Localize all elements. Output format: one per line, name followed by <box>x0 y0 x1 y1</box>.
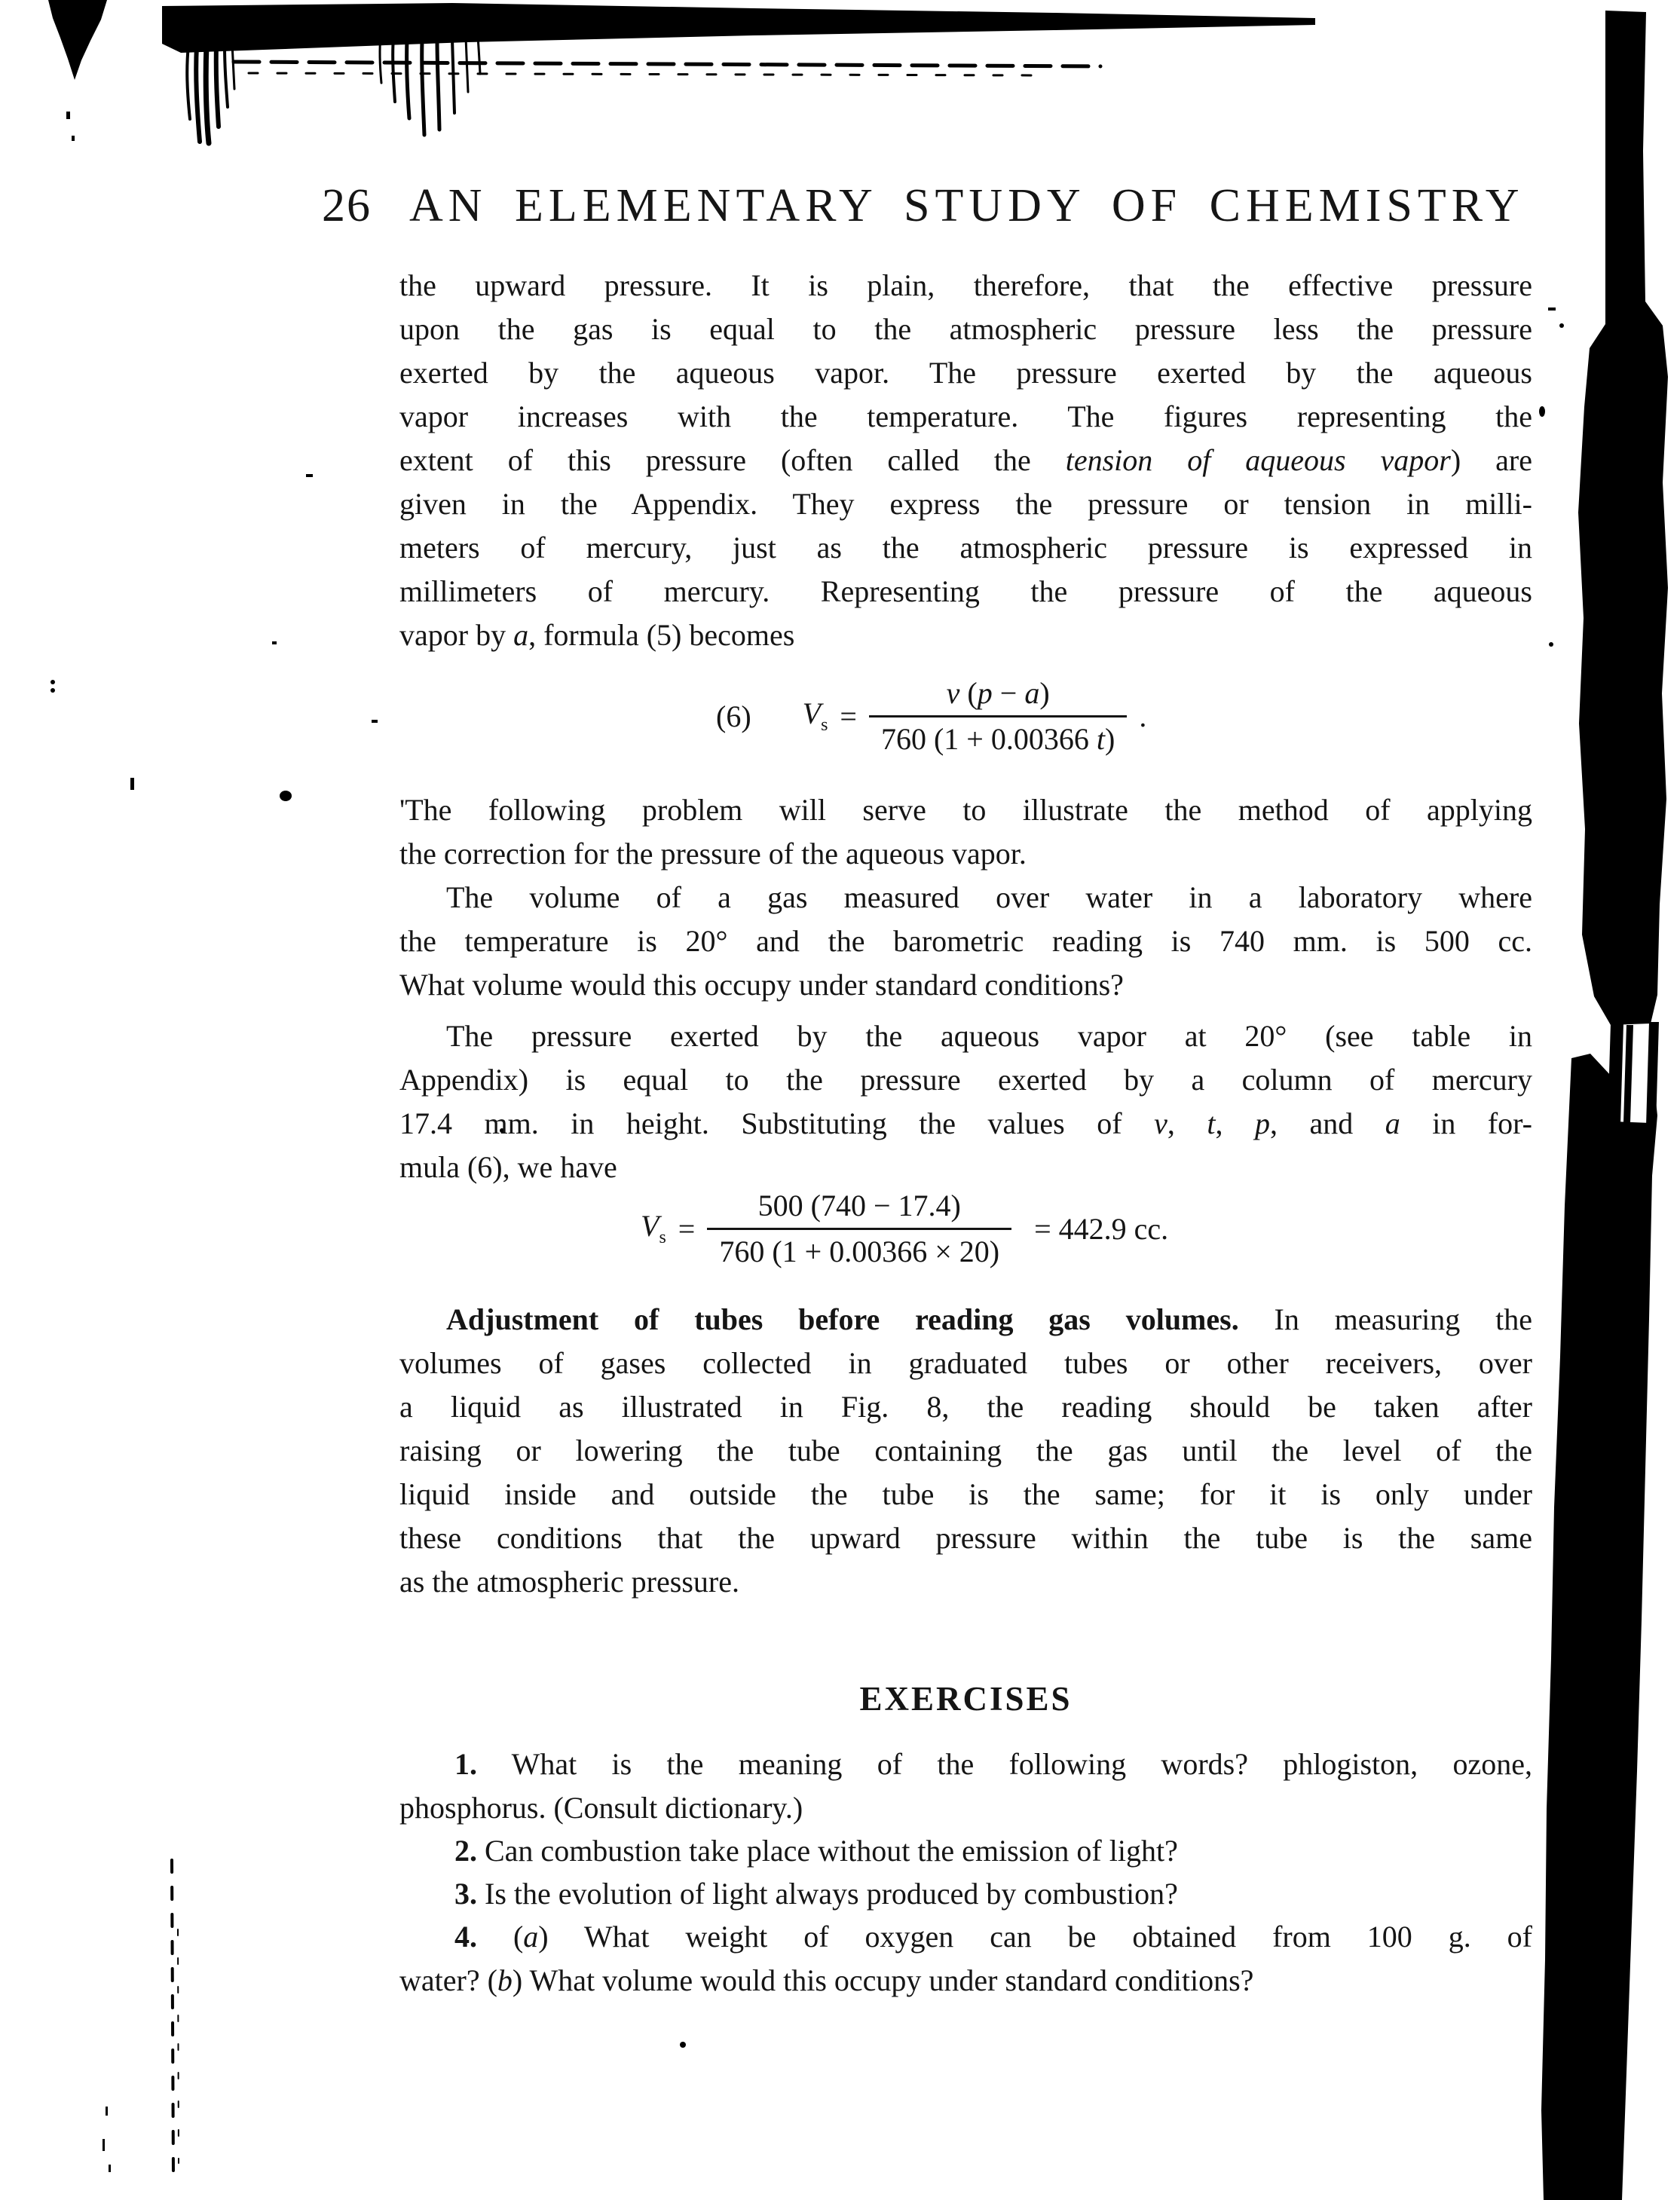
text-line: vapor increases with the temperature. Th… <box>399 395 1532 439</box>
text-line: 'The following problem will serve to ill… <box>399 788 1532 832</box>
page-title: AN ELEMENTARY STUDY OF CHEMISTRY <box>409 179 1525 233</box>
text-line: extent of this pressure (often called th… <box>399 439 1532 482</box>
text-line: Adjustment of tubes before reading gas v… <box>399 1298 1532 1342</box>
text-line: 2. Can combustion take place without the… <box>399 1829 1532 1873</box>
text-line: What volume would this occupy under stan… <box>399 963 1532 1007</box>
formula-lhs: Vs <box>641 1210 666 1247</box>
equals-sign: = <box>678 1213 696 1246</box>
text-line: upon the gas is equal to the atmospheric… <box>399 308 1532 351</box>
text-line: the upward pressure. It is plain, theref… <box>399 264 1532 308</box>
text-line: meters of mercury, just as the atmospher… <box>399 526 1532 570</box>
page-content: 26 AN ELEMENTARY STUDY OF CHEMISTRY the … <box>0 0 1680 2200</box>
formula-period: . <box>1139 700 1146 733</box>
text-line: these conditions that the upward pressur… <box>399 1516 1532 1560</box>
text-line: mula (6), we have <box>399 1146 1532 1189</box>
running-header: 26 AN ELEMENTARY STUDY OF CHEMISTRY <box>322 179 1525 233</box>
text-line: vapor by a, formula (5) becomes <box>399 613 1532 657</box>
text-line: 3. Is the evolution of light always prod… <box>399 1872 1532 1916</box>
formula-6: (6) Vs = v (p − a) 760 (1 + 0.00366 t) . <box>716 677 1146 756</box>
fraction: v (p − a) 760 (1 + 0.00366 t) <box>869 677 1127 756</box>
text-line: volumes of gases collected in graduated … <box>399 1342 1532 1385</box>
exercise-1: 1. What is the meaning of the following … <box>399 1743 1532 1830</box>
exercise-4: 4. (a) What weight of oxygen can be obta… <box>399 1915 1532 2003</box>
equals-sign: = <box>840 700 857 733</box>
paragraph-1: the upward pressure. It is plain, theref… <box>399 264 1532 657</box>
text-line: Appendix) is equal to the pressure exert… <box>399 1058 1532 1102</box>
numerator: v (p − a) <box>935 677 1062 715</box>
formula-worked: Vs = 500 (740 − 17.4) 760 (1 + 0.00366 ×… <box>641 1189 1168 1268</box>
fraction: 500 (740 − 17.4) 760 (1 + 0.00366 × 20) <box>707 1189 1011 1268</box>
exercise-3: 3. Is the evolution of light always prod… <box>399 1872 1532 1916</box>
formula-number: (6) <box>716 700 751 733</box>
denominator: 760 (1 + 0.00366 t) <box>869 715 1127 756</box>
text-line: raising or lowering the tube containing … <box>399 1429 1532 1473</box>
text-line: given in the Appendix. They express the … <box>399 482 1532 526</box>
paragraph-3: The volume of a gas measured over water … <box>399 876 1532 1007</box>
formula-result: = 442.9 cc. <box>1034 1213 1168 1246</box>
page-number: 26 <box>322 179 372 233</box>
text-line: 17.4 mm. in height. Substituting the val… <box>399 1102 1532 1146</box>
exercise-2: 2. Can combustion take place without the… <box>399 1829 1532 1873</box>
text-line: 4. (a) What weight of oxygen can be obta… <box>399 1915 1532 1959</box>
paragraph-4: The pressure exerted by the aqueous vapo… <box>399 1014 1532 1189</box>
text-line: a liquid as illustrated in Fig. 8, the r… <box>399 1385 1532 1429</box>
text-line: water? (b) What volume would this occupy… <box>399 1959 1532 2003</box>
text-line: exerted by the aqueous vapor. The pressu… <box>399 351 1532 395</box>
text-line: The volume of a gas measured over water … <box>399 876 1532 919</box>
text-line: The pressure exerted by the aqueous vapo… <box>399 1014 1532 1058</box>
formula-lhs: Vs <box>803 697 828 735</box>
denominator: 760 (1 + 0.00366 × 20) <box>707 1228 1011 1268</box>
book-page: 26 AN ELEMENTARY STUDY OF CHEMISTRY the … <box>0 0 1680 2200</box>
text-line: the correction for the pressure of the a… <box>399 832 1532 876</box>
text-line: phosphorus. (Consult dictionary.) <box>399 1786 1532 1830</box>
text-line: as the atmospheric pressure. <box>399 1560 1532 1604</box>
paragraph-2: 'The following problem will serve to ill… <box>399 788 1532 876</box>
text-line: liquid inside and outside the tube is th… <box>399 1473 1532 1516</box>
text-line: 1. What is the meaning of the following … <box>399 1743 1532 1786</box>
exercises-heading: EXERCISES <box>399 1679 1532 1718</box>
text-line: the temperature is 20° and the barometri… <box>399 919 1532 963</box>
paragraph-adjustment: Adjustment of tubes before reading gas v… <box>399 1298 1532 1604</box>
numerator: 500 (740 − 17.4) <box>746 1189 973 1228</box>
text-line: millimeters of mercury. Representing the… <box>399 570 1532 613</box>
